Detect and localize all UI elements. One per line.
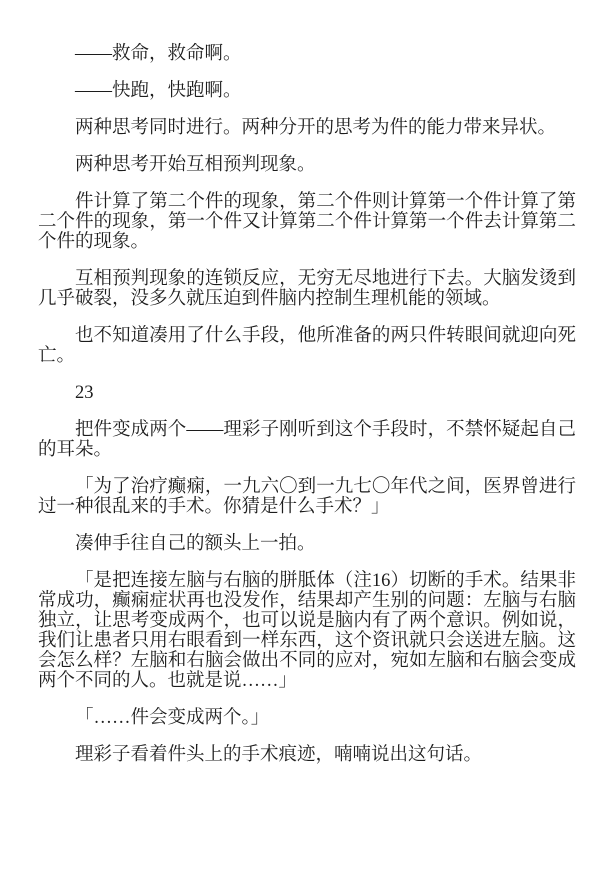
paragraph: 也不知道凑用了什么手段，他所准备的两只件转眼间就迎向死亡。 xyxy=(38,326,576,366)
dialogue-paragraph: 「……件会变成两个。」 xyxy=(38,708,576,728)
paragraph: 件计算了第二个件的现象，第二个件则计算第一个件计算了第二个件的现象，第一个件又计… xyxy=(38,192,576,252)
dialogue-paragraph: 「是把连接左脑与右脑的胼胝体（注16）切断的手术。结果非常成功，癫痫症状再也没发… xyxy=(38,571,576,691)
paragraph-inner-cry-1: ——救命，救命啊。 xyxy=(38,44,576,64)
section-number: 23 xyxy=(38,383,576,403)
paragraph-inner-cry-2: ——快跑，快跑啊。 xyxy=(38,81,576,101)
paragraph: 互相预判现象的连锁反应，无穷无尽地进行下去。大脑发烫到几乎破裂，没多久就压迫到件… xyxy=(38,269,576,309)
paragraph: 理彩子看着件头上的手术痕迹，喃喃说出这句话。 xyxy=(38,745,576,765)
paragraph: 两种思考开始互相预判现象。 xyxy=(38,155,576,175)
paragraph: 凑伸手往自己的额头上一拍。 xyxy=(38,534,576,554)
paragraph: 把件变成两个——理彩子刚听到这个手段时，不禁怀疑起自己的耳朵。 xyxy=(38,420,576,460)
page-content: ——救命，救命啊。 ——快跑，快跑啊。 两种思考同时进行。两种分开的思考为件的能… xyxy=(0,0,613,765)
dialogue-paragraph: 「为了治疗癫痫，一九六〇到一九七〇年代之间，医界曾进行过一种很乱来的手术。你猜是… xyxy=(38,477,576,517)
paragraph: 两种思考同时进行。两种分开的思考为件的能力带来异状。 xyxy=(38,118,576,138)
ebook-page: ——救命，救命啊。 ——快跑，快跑啊。 两种思考同时进行。两种分开的思考为件的能… xyxy=(0,0,613,869)
